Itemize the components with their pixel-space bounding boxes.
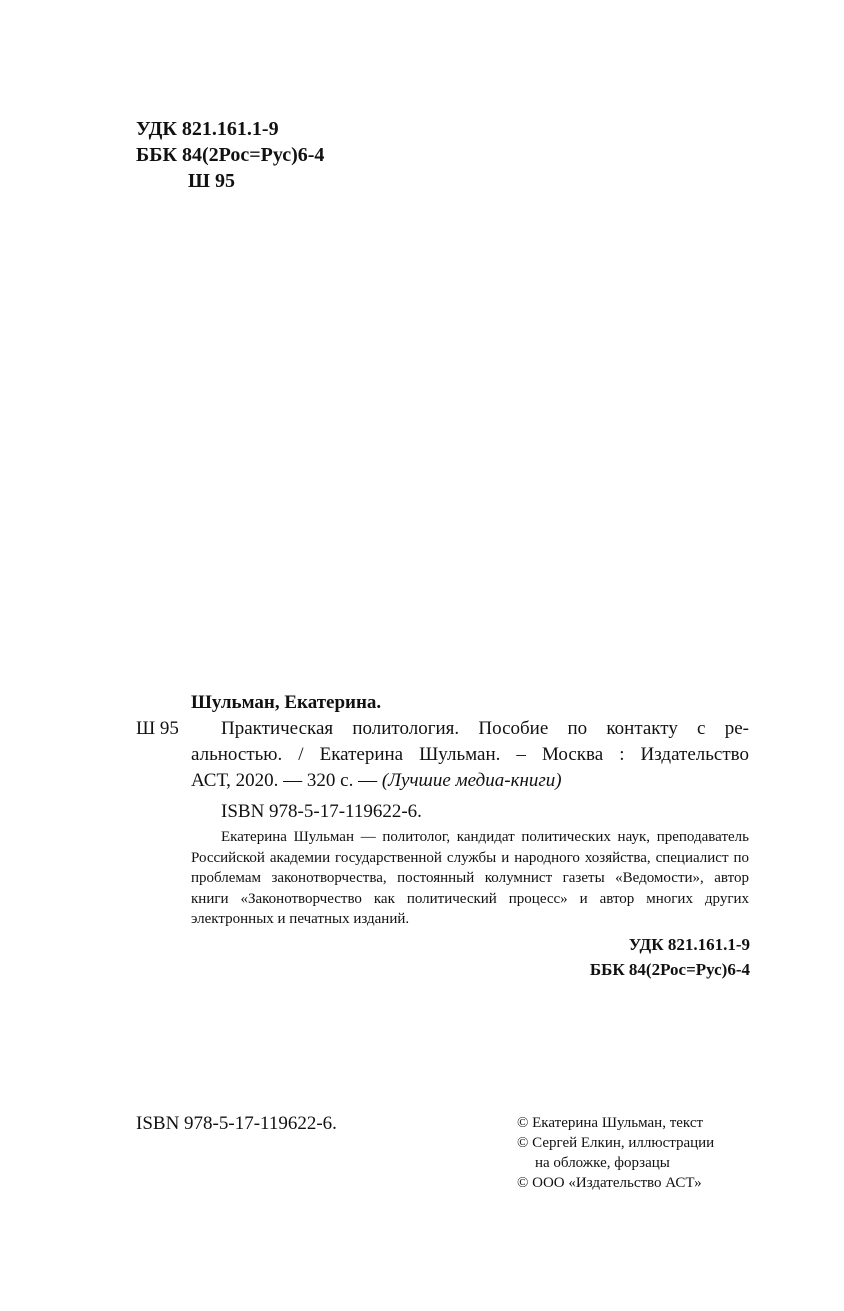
description-line: Практическая политология. Пособие по кон…	[191, 716, 749, 742]
author-heading: Шульман, Екатерина.	[191, 690, 381, 716]
udk-code: УДК 821.161.1-9	[136, 116, 324, 142]
description-line: альностью. / Екатерина Шульман. – Москва…	[191, 742, 749, 768]
copyright-block: © Екатерина Шульман, текст © Сергей Елки…	[517, 1113, 714, 1193]
classification-block: УДК 821.161.1-9 ББК 84(2Рос=Рус)6-4 Ш 95	[136, 116, 324, 194]
card-author-mark: Ш 95	[136, 716, 179, 742]
bibliographic-description: Практическая политология. Пособие по кон…	[191, 716, 749, 794]
description-line: АСТ, 2020. — 320 с. —	[191, 770, 382, 791]
copyright-illustrations-cont: на обложке, форзацы	[517, 1153, 714, 1173]
copyright-publisher: © ООО «Издательство АСТ»	[517, 1173, 714, 1193]
card-classification-codes: УДК 821.161.1-9 ББК 84(2Рос=Рус)6-4	[590, 932, 750, 982]
bbk-code: ББК 84(2Рос=Рус)6-4	[136, 142, 324, 168]
copyright-text: © Екатерина Шульман, текст	[517, 1113, 714, 1133]
series-title: (Лучшие медиа-книги)	[382, 770, 562, 791]
author-mark: Ш 95	[136, 168, 324, 194]
card-isbn: ISBN 978-5-17-119622-6.	[221, 799, 422, 825]
annotation: Екатерина Шульман — политолог, кандидат …	[191, 827, 749, 930]
card-bbk-code: ББК 84(2Рос=Рус)6-4	[590, 957, 750, 982]
description-line-with-series: АСТ, 2020. — 320 с. — (Лучшие медиа-книг…	[191, 768, 749, 794]
footer-isbn: ISBN 978-5-17-119622-6.	[136, 1111, 337, 1137]
copyright-illustrations: © Сергей Елкин, иллюстрации	[517, 1133, 714, 1153]
card-udk-code: УДК 821.161.1-9	[590, 932, 750, 957]
